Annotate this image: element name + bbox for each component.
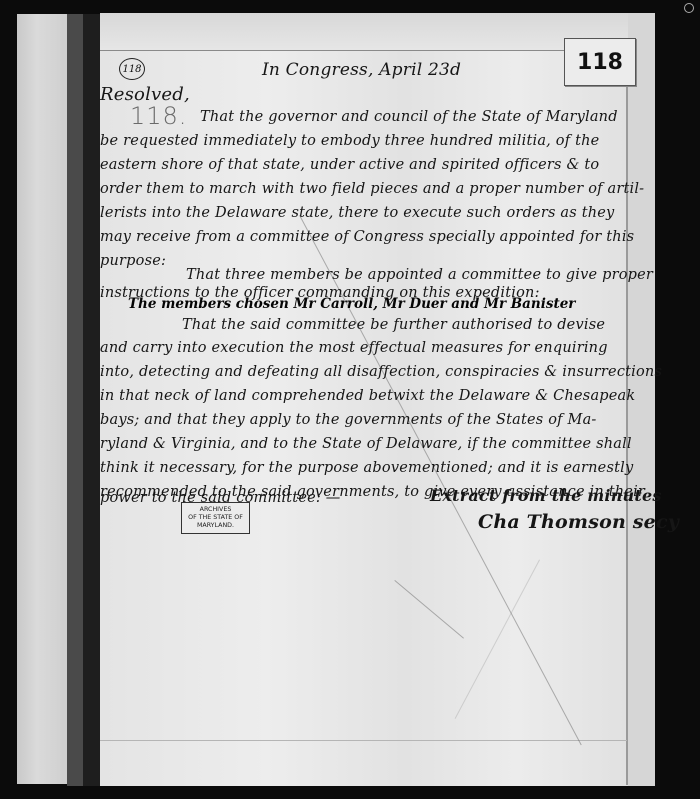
text-line: lerists into the Delaware state, there t… bbox=[100, 205, 614, 221]
circled-folio-number: 118 bbox=[119, 58, 145, 80]
stamp-line: MARYLAND. bbox=[197, 522, 234, 530]
binding-gutter bbox=[83, 14, 100, 786]
document-heading: In Congress, April 23d bbox=[262, 60, 461, 80]
extract-attestation: Extract from the minutes bbox=[430, 486, 662, 505]
pencil-folio-number: 118. bbox=[130, 102, 187, 130]
scan-registration-mark bbox=[684, 3, 694, 13]
text-line: may receive from a committee of Congress… bbox=[100, 229, 634, 245]
text-line: be requested immediately to embody three… bbox=[100, 133, 599, 149]
text-line: purpose: bbox=[100, 253, 166, 269]
text-line: bays; and that they apply to the governm… bbox=[100, 412, 597, 428]
resolved-label: Resolved, bbox=[100, 84, 190, 105]
text-line: That three members be appointed a commit… bbox=[186, 267, 653, 283]
page-number-label: 118 bbox=[564, 38, 636, 86]
stamp-line: OF THE STATE OF bbox=[188, 514, 243, 522]
secretary-signature: Cha Thomson secy bbox=[478, 511, 679, 533]
text-line: ryland & Virginia, and to the State of D… bbox=[100, 436, 632, 452]
left-margin-strip bbox=[17, 14, 67, 784]
archives-stamp: ARCHIVES OF THE STATE OF MARYLAND. bbox=[181, 502, 250, 534]
text-line: think it necessary, for the purpose abov… bbox=[100, 460, 633, 476]
text-line: into, detecting and defeating all disaff… bbox=[100, 364, 662, 380]
stamp-line: ARCHIVES bbox=[200, 506, 232, 514]
text-line: eastern shore of that state, under activ… bbox=[100, 157, 599, 173]
bottom-fold bbox=[100, 740, 627, 741]
binding-shadow bbox=[67, 14, 83, 786]
text-line: That the said committee be further autho… bbox=[182, 317, 605, 333]
text-line: and carry into execution the most effect… bbox=[100, 340, 608, 356]
text-line: in that neck of land comprehended betwix… bbox=[100, 388, 635, 404]
text-line: That the governor and council of the Sta… bbox=[200, 109, 618, 125]
right-margin-rule bbox=[626, 50, 628, 785]
text-line: order them to march with two field piece… bbox=[100, 181, 644, 197]
committee-members-note: The members chosen Mr Carroll, Mr Duer a… bbox=[128, 296, 575, 312]
